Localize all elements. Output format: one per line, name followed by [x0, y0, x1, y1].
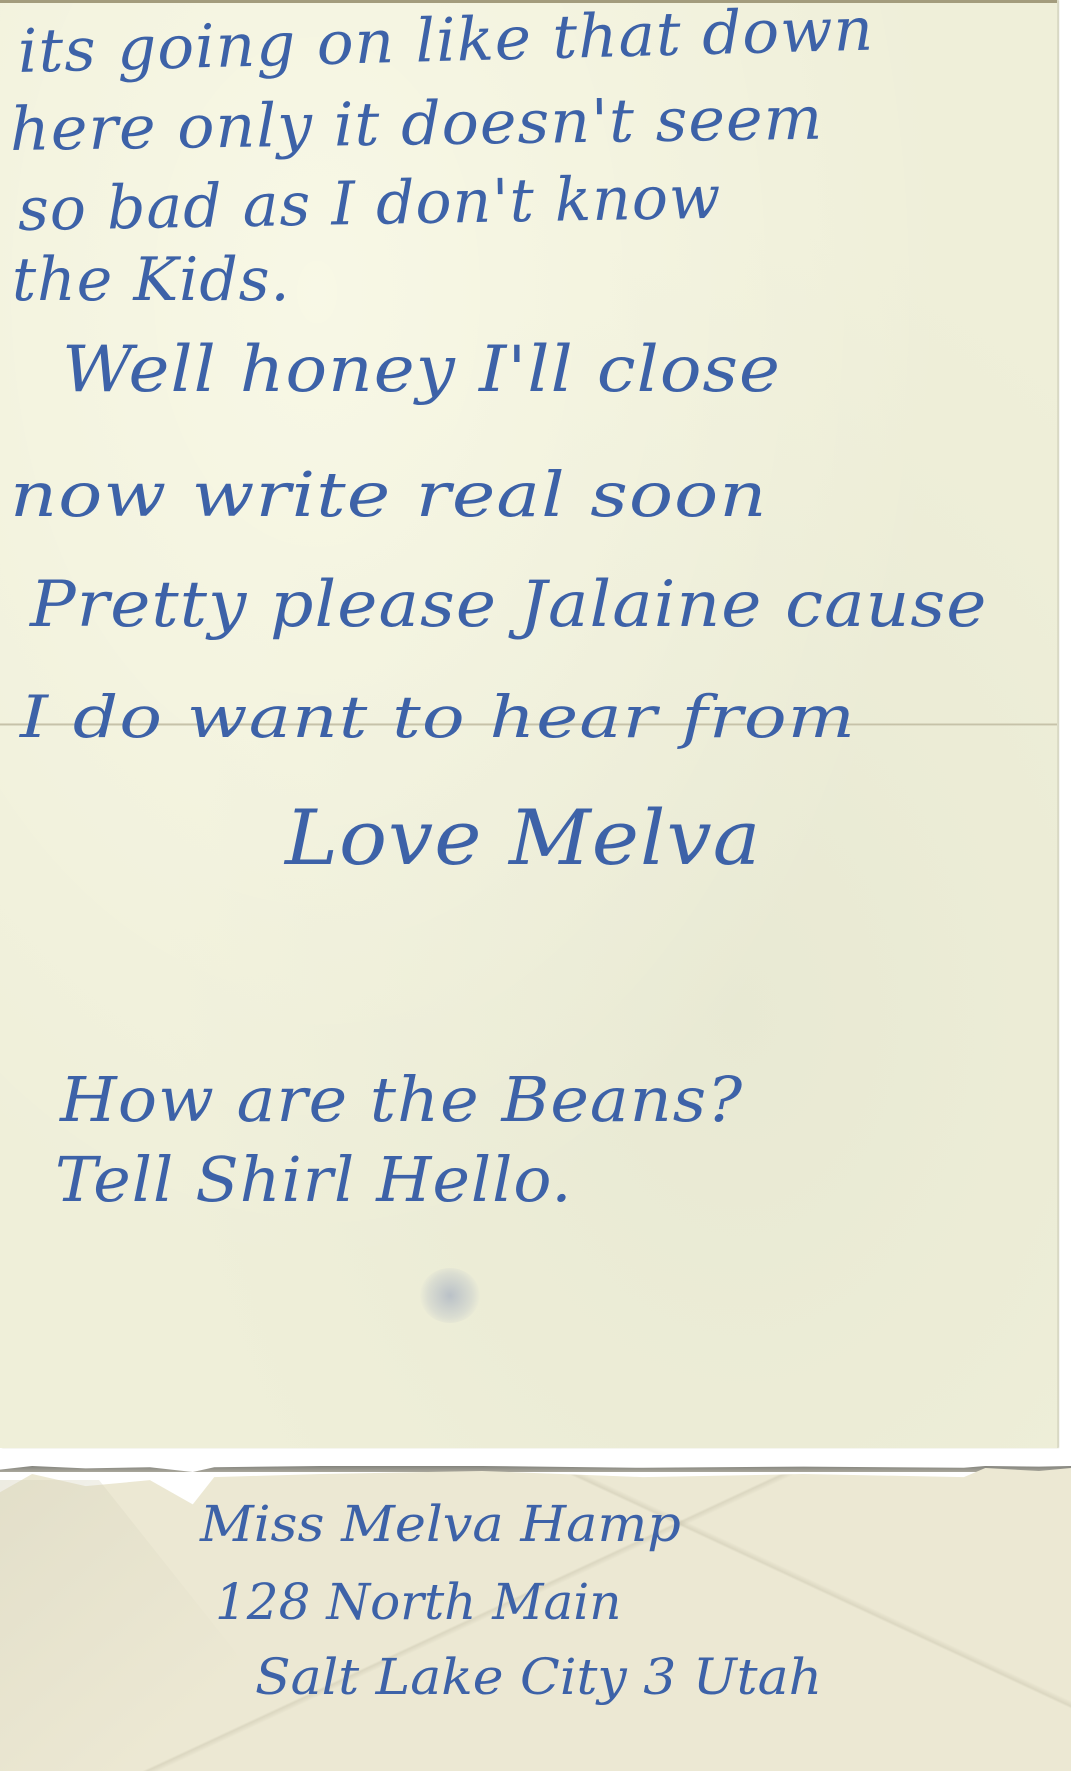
letter-line: its going on like that down: [17, 0, 875, 87]
letter-line: now write real soon: [10, 458, 768, 531]
address-street: 128 North Main: [215, 1573, 621, 1631]
letter-line: so bad as I don't know: [17, 163, 722, 245]
address-city: Salt Lake City 3 Utah: [255, 1648, 822, 1706]
postscript-line: How are the Beans?: [60, 1063, 743, 1136]
envelope-torn-edge: [0, 1466, 1071, 1472]
letter-line: I do want to hear from: [20, 683, 856, 751]
letter-signature: Love Melva: [285, 793, 761, 882]
letter-line: Pretty please Jalaine cause: [30, 568, 987, 642]
letter-page: its going on like that down here only it…: [0, 0, 1057, 1448]
letter-line: Well honey I'll close: [62, 333, 781, 407]
letter-line: here only it doesn't seem: [10, 84, 824, 165]
postscript-line: Tell Shirl Hello.: [55, 1143, 573, 1216]
address-recipient: Miss Melva Hamp: [200, 1495, 681, 1553]
ink-smudge: [420, 1268, 480, 1323]
letter-line: the Kids.: [12, 245, 291, 315]
